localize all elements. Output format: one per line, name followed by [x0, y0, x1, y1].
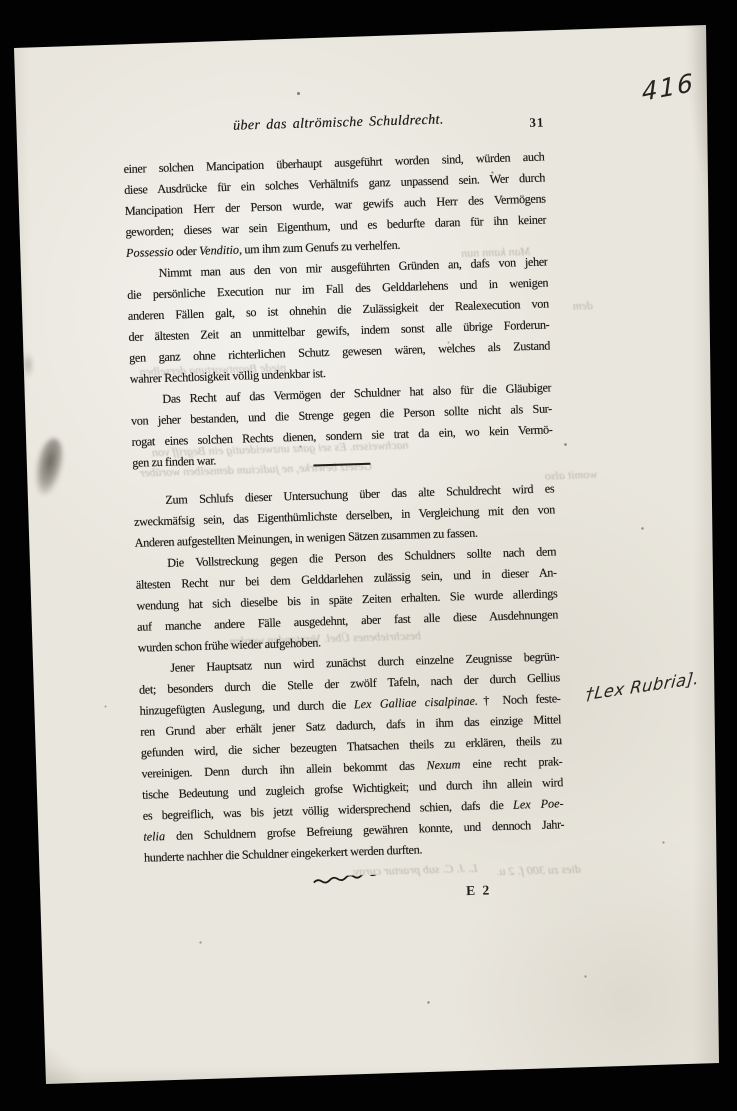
text-block-lower: Zum Schlufs dieser Untersuchung über das… [133, 478, 565, 868]
scanned-book-page: Man kann nun piede Beantwortung derselbe… [0, 0, 737, 1111]
printed-page-content: Man kann nun piede Beantwortung derselbe… [20, 29, 737, 1089]
text-block-upper: einer solchen Mancipation überhaupt ausg… [123, 146, 553, 473]
handwritten-page-number: 416 [641, 68, 695, 107]
paper-specks [0, 0, 1, 1]
signature-mark: E 2 [466, 882, 492, 899]
handwritten-margin-note: †Lex Rubria]. [585, 668, 700, 704]
paper-sheet: Man kann nun piede Beantwortung derselbe… [0, 0, 737, 1111]
bleed-through-text: dies zu 300 f. 2 u. [496, 862, 581, 879]
bleed-through-text: dem [573, 298, 593, 314]
end-squiggle-divider [313, 871, 395, 891]
